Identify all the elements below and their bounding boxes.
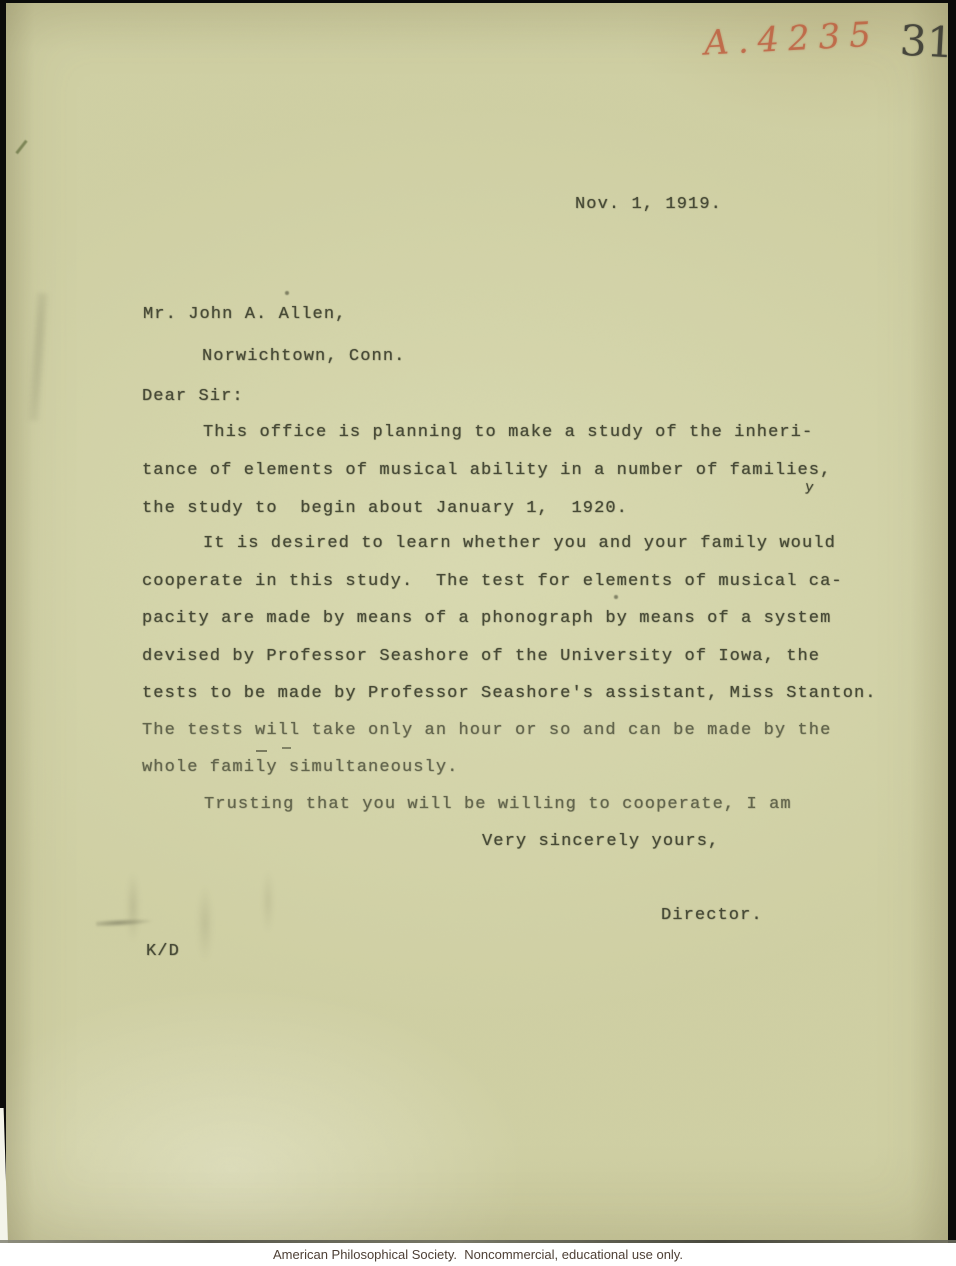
body-line: cooperate in this study. The test for el… <box>142 572 843 591</box>
recipient-address: Norwichtown, Conn. <box>202 347 405 366</box>
ink-speck <box>285 291 289 295</box>
valediction: Very sincerely yours, <box>482 832 719 851</box>
body-line: the study to begin about January 1, 1920… <box>142 499 628 518</box>
pen-tick-mark <box>15 140 27 154</box>
letter-date: Nov. 1, 1919. <box>575 195 722 214</box>
typed-correction-mark: y <box>804 479 815 496</box>
ink-speck <box>614 595 618 599</box>
scanned-letter-page: A.4235 31 Nov. 1, 1919. Mr. John A. Alle… <box>0 0 956 1266</box>
typist-initials: K/D <box>146 942 180 961</box>
letter-paper: A.4235 31 Nov. 1, 1919. Mr. John A. Alle… <box>6 3 948 1243</box>
body-line: tests to be made by Professor Seashore's… <box>142 684 877 703</box>
closing-line: Trusting that you will be willing to coo… <box>204 795 792 814</box>
handwritten-page-number: 31 <box>899 16 948 68</box>
body-line: devised by Professor Seashore of the Uni… <box>142 647 820 666</box>
footer-credit-bar: American Philosophical Society. Noncomme… <box>0 1243 956 1266</box>
body-line: whole family simultaneously. <box>142 758 458 777</box>
handwritten-file-number: A.4235 <box>703 14 881 63</box>
recipient-name: Mr. John A. Allen, <box>143 305 346 324</box>
salutation: Dear Sir: <box>142 387 244 406</box>
smudge-mark <box>96 918 152 928</box>
body-line: pacity are made by means of a phonograph… <box>142 609 831 628</box>
smudge-mark <box>106 863 286 973</box>
body-line: This office is planning to make a study … <box>203 423 813 442</box>
ink-speck <box>256 750 267 752</box>
body-line: tance of elements of musical ability in … <box>142 461 831 480</box>
smudge-mark <box>26 293 51 422</box>
body-line: It is desired to learn whether you and y… <box>203 534 836 553</box>
signature-title: Director. <box>661 906 763 925</box>
ink-speck <box>282 747 291 749</box>
scan-border: A.4235 31 Nov. 1, 1919. Mr. John A. Alle… <box>0 0 956 1243</box>
body-line: The tests will take only an hour or so a… <box>142 721 831 740</box>
footer-credit-text: American Philosophical Society. Noncomme… <box>273 1247 683 1262</box>
